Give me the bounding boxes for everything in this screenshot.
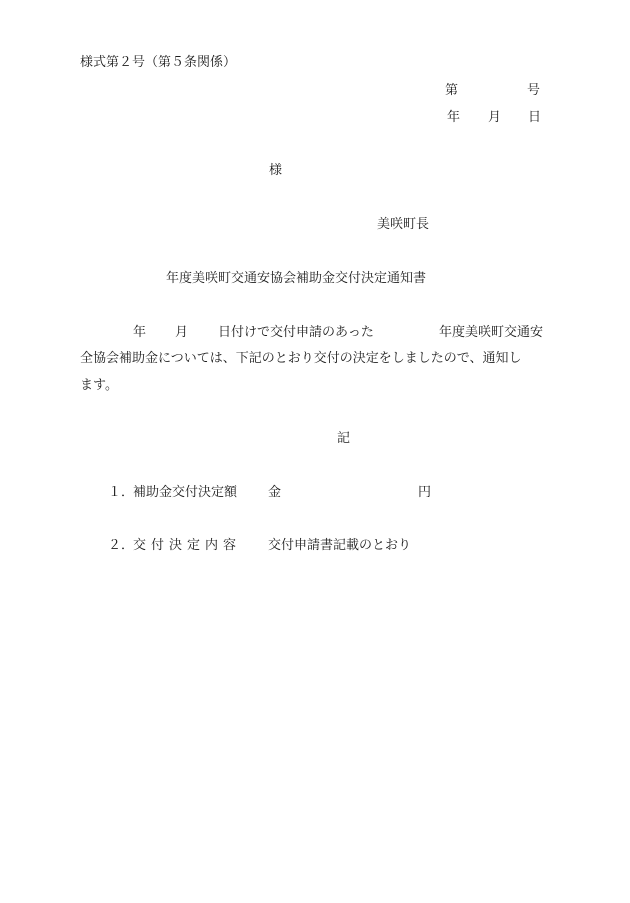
document-page: 様式第２号（第５条関係） 第 号 年 月 日 様 美咲町長 年度美咲町交通安協会… [0, 0, 630, 903]
item-label: 交付決定内容 [133, 539, 241, 552]
item-value: 交付申請書記載のとおり [268, 539, 411, 552]
date-year: 年 [447, 111, 460, 124]
date-month: 月 [488, 111, 501, 124]
item-label: 補助金交付決定額 [133, 486, 237, 499]
reference-go: 号 [527, 84, 540, 97]
body-line2: 全協会補助金については、下記のとおり交付の決定をしましたので、通知し [80, 352, 521, 365]
sender: 美咲町長 [377, 218, 429, 231]
addressee-suffix: 様 [269, 164, 282, 177]
document-title: 年度美咲町交通安協会補助金交付決定通知書 [166, 272, 426, 285]
item-number: ２． [108, 539, 134, 552]
body-month: 月 [175, 326, 188, 339]
date-day: 日 [528, 111, 541, 124]
reference-dai: 第 [445, 84, 458, 97]
body-line1-text-b: 年度美咲町交通安 [439, 326, 543, 339]
body-line1-text-a: 日付けで交付申請のあった [218, 326, 374, 339]
item-number: １． [108, 486, 134, 499]
ki-heading: 記 [337, 432, 350, 445]
item-value-prefix: 金 [268, 486, 281, 499]
form-number: 様式第２号（第５条関係） [80, 56, 236, 69]
body-year: 年 [133, 326, 146, 339]
body-line3: ます。 [80, 379, 118, 392]
item-value-suffix: 円 [418, 486, 431, 499]
